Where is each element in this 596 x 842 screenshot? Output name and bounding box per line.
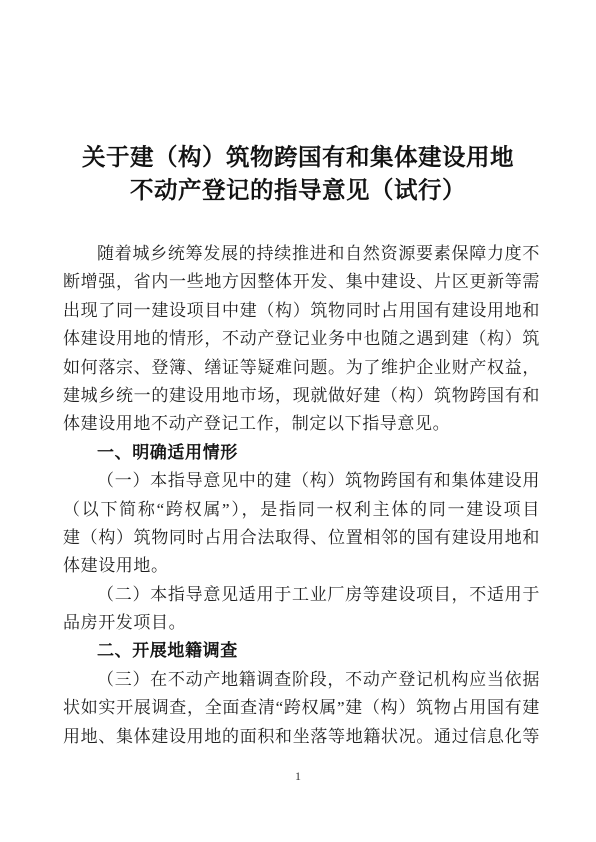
page-number: 1 bbox=[0, 768, 596, 784]
section-heading-2: 二、开展地籍调查 bbox=[63, 637, 540, 665]
body-line: 用地、集体建设用地的面积和坐落等地籍状况。通过信息化等手 bbox=[63, 723, 540, 751]
document-title-line-1: 关于建（构）筑物跨国有和集体建设用地 bbox=[0, 142, 596, 175]
body-line: 如何落宗、登簿、缮证等疑难问题。为了维护企业财产权益，构 bbox=[63, 354, 540, 382]
document-title: 关于建（构）筑物跨国有和集体建设用地 不动产登记的指导意见（试行） bbox=[0, 142, 596, 208]
body-line: 建城乡统一的建设用地市场，现就做好建（构）筑物跨国有和集 bbox=[63, 382, 540, 410]
body-line: （一）本指导意见中的建（构）筑物跨国有和集体建设用地 bbox=[63, 467, 540, 495]
body-line: （以下简称“跨权属”），是指同一权利主体的同一建设项目中， bbox=[63, 496, 540, 524]
body-line: 断增强，省内一些地方因整体开发、集中建设、片区更新等需要， bbox=[63, 268, 540, 296]
body-line: 出现了同一建设项目中建（构）筑物同时占用国有建设用地和集 bbox=[63, 297, 540, 325]
body-line: 体建设用地的情形，不动产登记业务中也随之遇到建（构）筑物 bbox=[63, 325, 540, 353]
body-line: 建（构）筑物同时占用合法取得、位置相邻的国有建设用地和集 bbox=[63, 524, 540, 552]
body-line: 体建设用地不动产登记工作，制定以下指导意见。 bbox=[63, 410, 540, 438]
document-body: 随着城乡统筹发展的持续推进和自然资源要素保障力度不 断增强，省内一些地方因整体开… bbox=[63, 240, 540, 751]
body-line: 状如实开展调查，全面查清“跨权属”建（构）筑物占用国有建设 bbox=[63, 694, 540, 722]
body-line: 体建设用地。 bbox=[63, 552, 540, 580]
body-line: 品房开发项目。 bbox=[63, 609, 540, 637]
section-heading-1: 一、明确适用情形 bbox=[63, 439, 540, 467]
body-line: （二）本指导意见适用于工业厂房等建设项目，不适用于商 bbox=[63, 581, 540, 609]
body-line: （三）在不动产地籍调查阶段，不动产登记机构应当依据现 bbox=[63, 666, 540, 694]
body-line: 随着城乡统筹发展的持续推进和自然资源要素保障力度不 bbox=[63, 240, 540, 268]
document-title-line-2: 不动产登记的指导意见（试行） bbox=[0, 175, 596, 208]
document-page: 关于建（构）筑物跨国有和集体建设用地 不动产登记的指导意见（试行） 随着城乡统筹… bbox=[0, 0, 596, 842]
